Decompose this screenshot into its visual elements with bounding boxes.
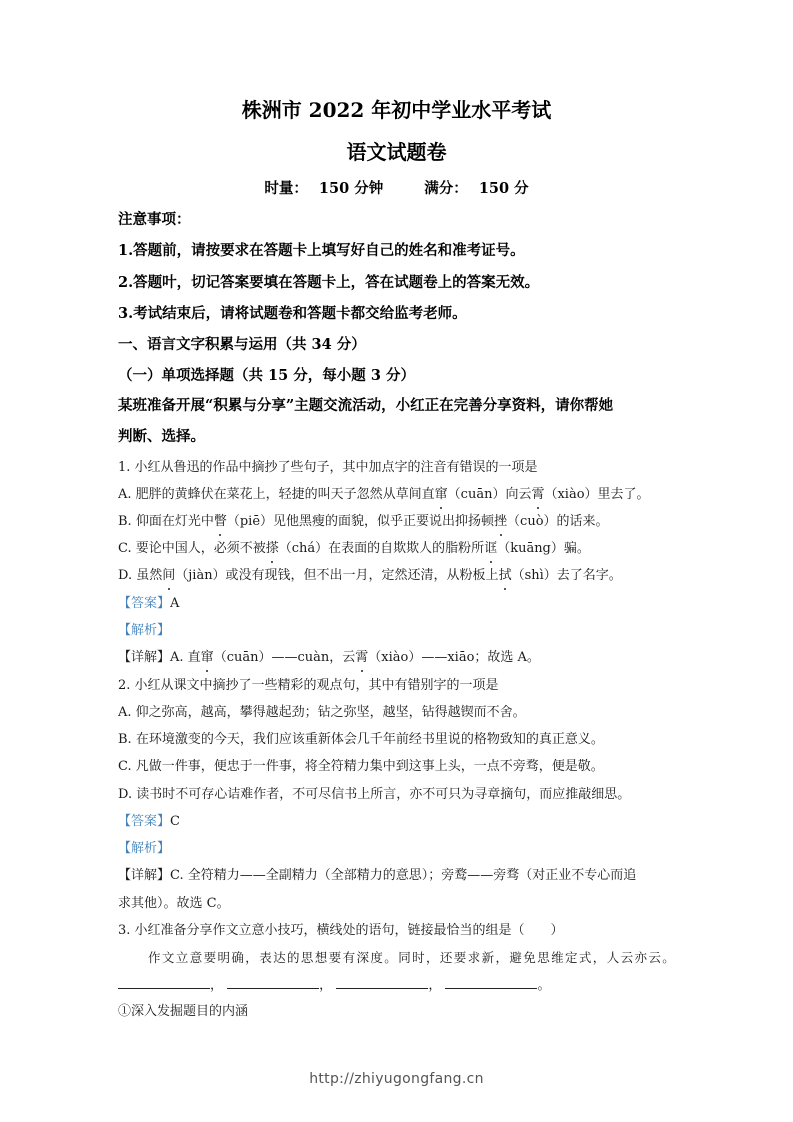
q1-b-text: （cuò）的话来。	[507, 514, 608, 529]
q1-answer: 【答案】A	[118, 595, 179, 613]
emphasized-char: 搽	[266, 540, 279, 558]
fill-blank	[445, 976, 537, 989]
q1-c-text: （kuāng）骗。	[497, 541, 590, 556]
notice-item-2: 2.答题叶，切记答案要填在答题卡上，答在试题卷上的答案无效。	[118, 274, 539, 292]
q1-a-text: A. 肥胖的黄蜂伏在菜花上，轻捷的叫天子忽然从草间直	[118, 487, 435, 502]
q1-option-b: B. 仰面在灯光中瞥（piē）见他黑瘦的面貌，似乎正要说出抑扬顿挫（cuò）的话…	[118, 513, 609, 531]
separator: ，	[428, 978, 441, 993]
q1-option-a: A. 肥胖的黄蜂伏在菜花上，轻捷的叫天子忽然从草间直窜（cuān）向云霄（xià…	[118, 486, 650, 504]
q1-option-c: C. 要论中国人，必须不被搽（chá）在表面的自欺欺人的脂粉所诓（kuāng）骗…	[118, 540, 590, 558]
answer-value: C	[170, 814, 180, 829]
answer-value: A	[170, 596, 179, 611]
q1-a-text: （cuān）向云	[448, 487, 532, 502]
fill-blank	[118, 976, 210, 989]
exam-subtitle: 语文试题卷	[0, 139, 793, 165]
separator: ，	[210, 978, 223, 993]
q1-stem: 1. 小红从鲁迅的作品中摘抄了些句子，其中加点字的注音有错误的一项是	[118, 459, 538, 477]
q1-b-text: B. 仰面在灯光中	[118, 514, 214, 529]
emphasized-char: 诓	[484, 540, 497, 558]
q3-passage: 作文立意要明确，表达的思想要有深度。同时，还要求新，避免思维定式，人云亦云。	[148, 949, 676, 967]
q2-option-a: A. 仰之弥高，越高，攀得越起劲；钻之弥坚，越坚，钻得越锲而不舍。	[118, 704, 526, 722]
detail-tag: 【详解】	[118, 868, 170, 883]
emphasized-char: 瞥	[214, 513, 227, 531]
answer-tag: 【答案】	[118, 814, 170, 829]
q3-blanks: ， ， ， 。	[118, 976, 550, 995]
fill-blank	[336, 976, 428, 989]
emphasized-char: 拭	[499, 567, 512, 585]
q2-detail: 【详解】C. 全符精力——全副精力（全部精力的意思）；旁鹜——旁骛（对正业不专心…	[118, 867, 636, 885]
section-intro-line2: 判断、选择。	[118, 428, 205, 446]
q2-detail-text: C. 全符精力——全副精力（全部精力的意思）；旁鹜——旁骛（对正业不专心而追	[170, 868, 636, 883]
emphasized-char: 霄	[531, 486, 544, 504]
q1-b-text: （piē）见他黑瘦的面貌，似乎正要说出抑扬顿	[227, 514, 494, 529]
q1-c-text: C. 要论中国人，必须不被	[118, 541, 266, 556]
analysis-tag: 【解析】	[118, 841, 170, 856]
time-value: 150 分钟	[319, 180, 383, 198]
q1-d-text: （jiàn）或没有现钱，但不出一月，定然还清，从粉板上	[175, 568, 498, 583]
q1-c-text: （chá）在表面的自欺欺人的脂粉所	[279, 541, 484, 556]
answer-tag: 【答案】	[118, 596, 170, 611]
q1-detail-text: （xiào）——xiāo；故选 A。	[368, 650, 540, 665]
notice-item-3: 3.考试结束后，请将试题卷和答题卡都交给监考老师。	[118, 305, 467, 323]
emphasized-char: 霄	[355, 649, 368, 667]
q2-option-d: D. 读书时不可存心诘难作者，不可尽信书上所言，亦不可只为寻章摘句，而应推敲细思…	[118, 786, 630, 804]
fill-blank	[227, 976, 319, 989]
q2-option-c: C. 凡做一件事，便忠于一件事，将全符精力集中到这事上头，一点不旁骛，便是敬。	[118, 758, 604, 776]
footer-url: http://zhiyugongfang.cn	[0, 1071, 793, 1087]
q1-detail-text: （cuān）——cuàn，云	[214, 650, 356, 665]
q2-detail-cont: 求其他）。故选 C。	[118, 895, 230, 913]
q2-answer: 【答案】C	[118, 813, 180, 831]
q3-item-1: ①深入发掘题目的内涵	[118, 1003, 248, 1021]
q2-option-b: B. 在环境激变的今天，我们应该重新体会几千年前经书里说的格物致知的真正意义。	[118, 731, 604, 749]
exam-meta: 时量： 150 分钟 满分： 150 分	[0, 180, 793, 198]
exam-page: 株洲市 2022 年初中学业水平考试 语文试题卷 时量： 150 分钟 满分： …	[0, 0, 793, 1122]
exam-title: 株洲市 2022 年初中学业水平考试	[0, 97, 793, 123]
detail-tag: 【详解】	[118, 650, 170, 665]
emphasized-char: 间	[162, 567, 175, 585]
q1-detail-text: A. 直	[170, 650, 201, 665]
separator: ，	[319, 978, 332, 993]
notice-item-1: 1.答题前，请按要求在答题卡上填写好自己的姓名和准考证号。	[118, 242, 525, 260]
score-label: 满分：	[424, 180, 468, 198]
score-value: 150 分	[479, 180, 529, 198]
emphasized-char: 挫	[494, 513, 507, 531]
q2-stem: 2. 小红从课文中摘抄了一些精彩的观点句，其中有错别字的一项是	[118, 677, 499, 695]
emphasized-char: 窜	[201, 649, 214, 667]
q1-option-d: D. 虽然间（jiàn）或没有现钱，但不出一月，定然还清，从粉板上拭（shì）去…	[118, 567, 622, 585]
q3-stem: 3. 小红准备分享作文立意小技巧，横线处的语句，链接最恰当的组是（ ）	[118, 922, 564, 940]
section-intro-line1: 某班准备开展“积累与分享”主题交流活动，小红正在完善分享资料，请你帮她	[118, 397, 613, 415]
q1-d-text: （shì）去了名字。	[512, 568, 622, 583]
q2-analysis: 【解析】	[118, 840, 170, 858]
analysis-tag: 【解析】	[118, 623, 170, 638]
q1-analysis: 【解析】	[118, 622, 170, 640]
q1-detail: 【详解】A. 直窜（cuān）——cuàn，云霄（xiào）——xiāo；故选 …	[118, 649, 540, 667]
time-label: 时量：	[264, 180, 308, 198]
emphasized-char: 窜	[435, 486, 448, 504]
notice-heading: 注意事项：	[118, 211, 191, 229]
q1-d-text: D. 虽然	[118, 568, 162, 583]
section-heading: 一、语言文字积累与运用（共 34 分）	[118, 336, 366, 354]
section-subheading: （一）单项选择题（共 15 分，每小题 3 分）	[118, 367, 415, 385]
q1-a-text: （xiào）里去了。	[544, 487, 649, 502]
separator: 。	[537, 978, 550, 993]
